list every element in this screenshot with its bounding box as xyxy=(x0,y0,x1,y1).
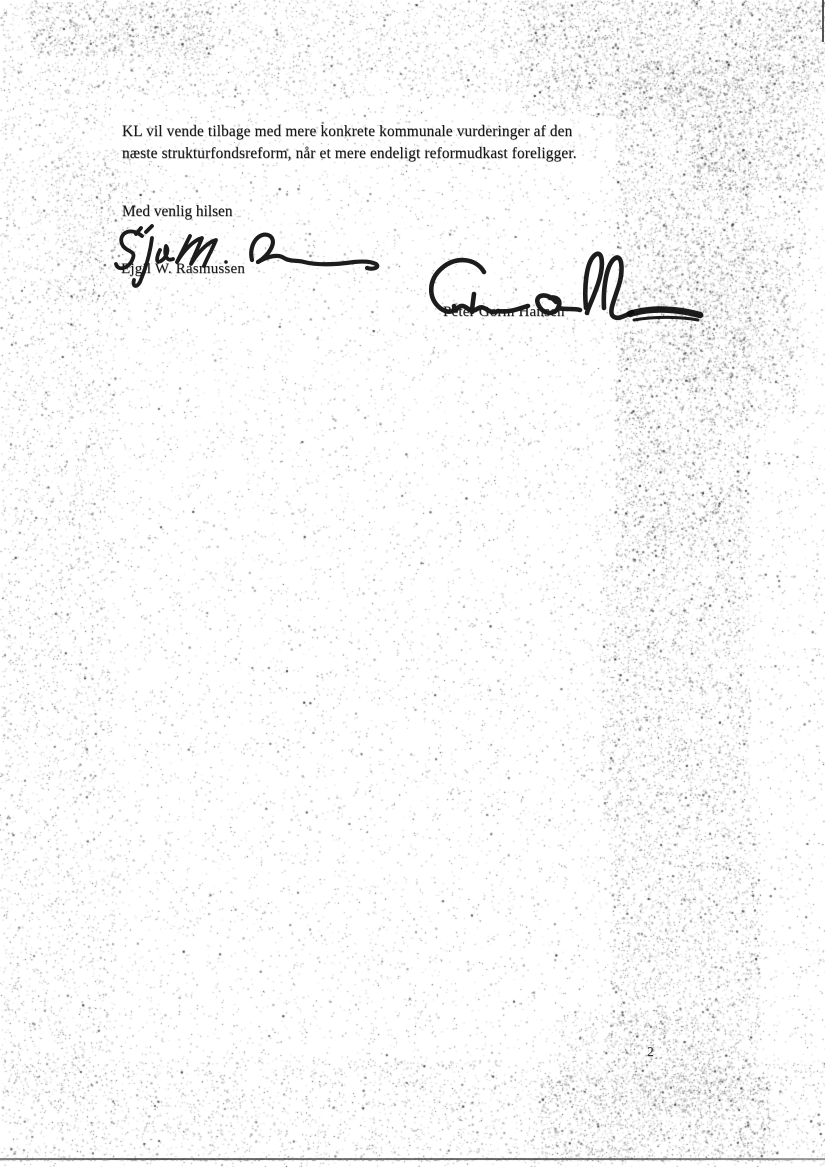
handwritten-signature-left xyxy=(112,224,387,290)
body-paragraph: KL vil vende tilbage med mere konkrete k… xyxy=(122,121,577,165)
letter-content: KL vil vende tilbage med mere konkrete k… xyxy=(0,0,825,1167)
signatory-name-right: Peter Gorm Hansen xyxy=(443,304,565,321)
body-paragraph-line-2: næste strukturfondsreform, når et mere e… xyxy=(122,143,577,165)
body-paragraph-line-1: KL vil vende tilbage med mere konkrete k… xyxy=(122,121,577,143)
scanned-letter-page: KL vil vende tilbage med mere konkrete k… xyxy=(0,0,825,1167)
scan-edge-artifact xyxy=(822,0,824,42)
handwritten-signature-right xyxy=(416,250,706,336)
page-number: 2 xyxy=(647,1044,654,1060)
closing-salutation: Med venlig hilsen xyxy=(122,203,232,221)
scan-artifact-line xyxy=(0,1158,825,1160)
signatory-name-left: Ejgil W. Rasmussen xyxy=(121,261,245,278)
